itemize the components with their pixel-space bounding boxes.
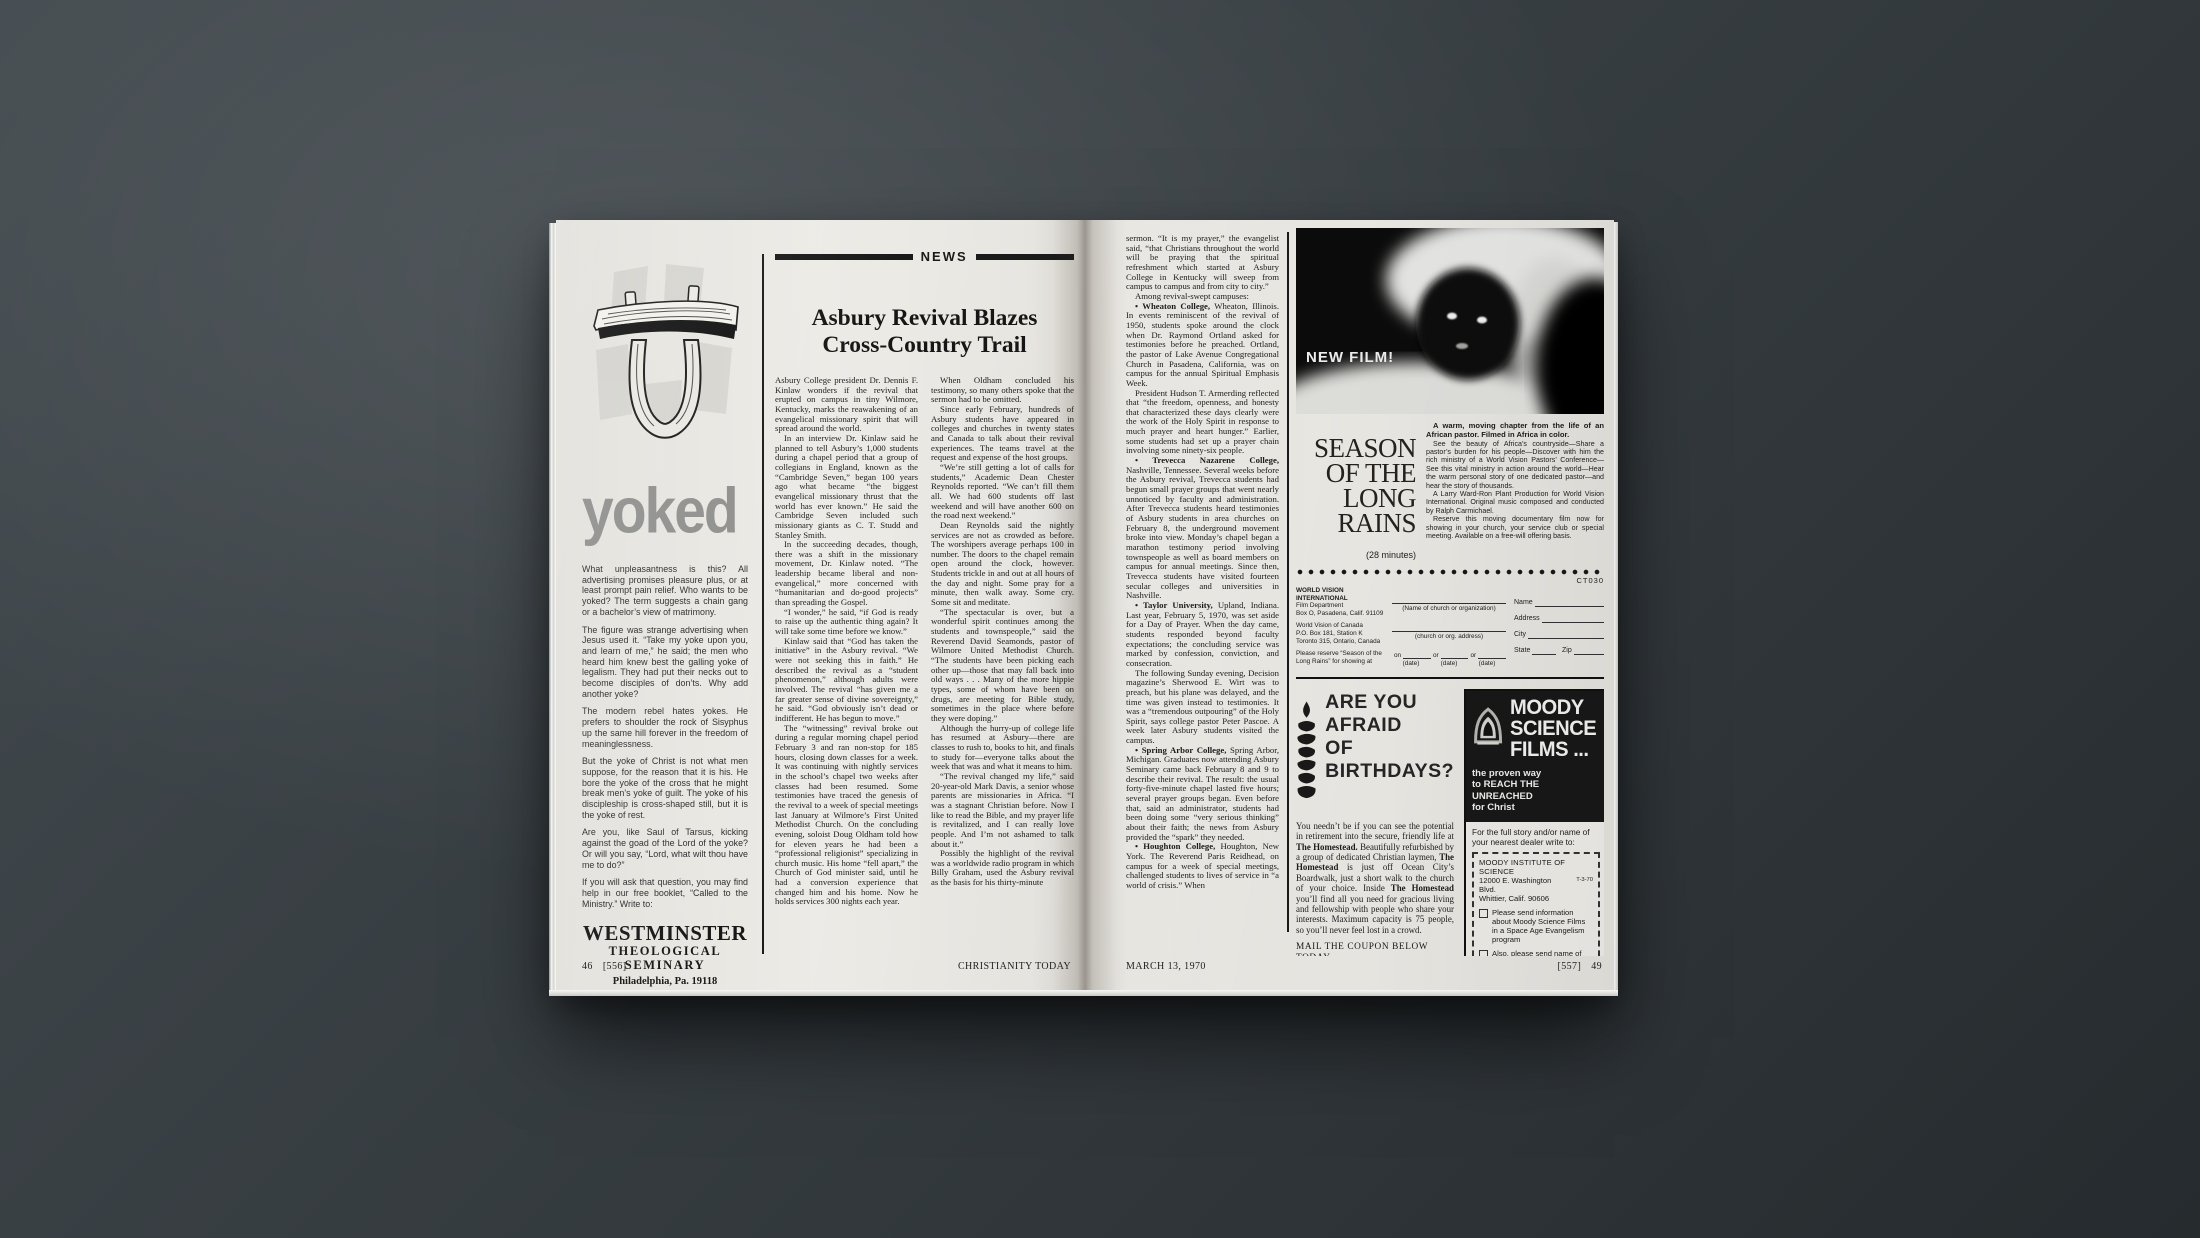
yoked-ad-paragraph: What unpleasantness is this? All adverti… [582,564,748,618]
film-info-checkbox-row: Please send information about Moody Scie… [1479,908,1593,944]
page-folio-code: [557] [1558,961,1582,972]
title-line: MOODY [1510,697,1596,718]
state-field: State [1514,646,1556,655]
heading-line: BIRTHDAYS? [1325,760,1454,783]
church-address-field [1392,621,1506,632]
date-caption: (date) [1468,660,1506,668]
ad-separator-rule [1296,677,1604,679]
coupon-org-name: MOODY INSTITUTE OF SCIENCE [1479,858,1593,876]
coupon-mailing-addresses: WORLD VISION INTERNATIONAL Film Departme… [1296,587,1384,668]
article-paragraph: • Trevecca Nazarene College, Nashville, … [1126,456,1279,601]
article-paragraph: Kinlaw said that “God has taken the init… [775,637,918,724]
moody-science-films-ad: MOODY SCIENCE FILMS ... the proven way t… [1464,689,1604,956]
birthday-candle-icon [1296,689,1317,813]
yoked-ad-paragraph: The modern rebel hates yokes. He prefers… [582,706,748,749]
or-label: or [1468,652,1478,660]
article-paragraph: “I wonder,” he said, “if God is ready to… [775,608,918,637]
article-column-1: Asbury College president Dr. Dennis F. K… [775,376,918,942]
date-caption: (date) [1430,660,1468,668]
right-page-folio: [557]49 [1558,961,1602,972]
campus-name-bold: • Spring Arbor College, [1135,745,1226,755]
film-ad-paragraph: A Larry Ward-Ron Plant Production for Wo… [1426,490,1604,515]
yoked-ad-paragraph: If you will ask that question, you may f… [582,877,748,909]
paragraph-text: sermon. “It is my prayer,” the evangelis… [1126,234,1279,291]
film-duration: (28 minutes) [1296,550,1416,560]
issue-date-foot: MARCH 13, 1970 [1126,961,1206,972]
header-bar [976,254,1074,260]
tagline-line: to REACH THE UNREACHED [1472,779,1600,802]
headline-line-1: Asbury Revival Blazes [775,305,1074,332]
heading-line: OF [1325,737,1454,760]
coupon-address-line: Whittier, Calif. 90606 [1479,894,1593,903]
page-number: 49 [1591,961,1602,972]
film-ad-lead: A warm, moving chapter from the life of … [1426,422,1604,440]
ad-key-code: T-3-70 [1576,876,1593,885]
heading-line: AFRAID [1325,714,1454,737]
address-field: Address [1514,614,1604,623]
zip-field: Zip [1562,646,1604,655]
running-foot-publication: CHRISTIANITY TODAY [958,961,1071,972]
tagline-line: the proven way [1472,768,1600,780]
article-paragraph: In an interview Dr. Kinlaw said he plann… [775,434,918,540]
paragraph-text: Wheaton, Illinois. In events reminiscent… [1126,301,1279,388]
or-label: or [1431,652,1441,660]
world-vision-ad-body: SEASON OF THE LONG RAINS (28 minutes) A … [1296,422,1604,560]
article-paragraph: sermon. “It is my prayer,” the evangelis… [1126,234,1279,292]
dealer-write-note: For the full story and/or name of your n… [1472,828,1600,848]
on-label: on [1392,652,1403,660]
right-page: sermon. “It is my prayer,” the evangelis… [1085,220,1614,990]
org-line: Film Department [1296,602,1384,610]
field-caption: (church or org. address) [1392,633,1506,641]
homestead-retirement-ad: ARE YOU AFRAID OF BIRTHDAYS? You needn’t… [1296,689,1454,956]
advertising-area: NEW FILM! SEASON OF THE LONG RAINS (28 m… [1296,228,1604,956]
paragraph-text: The following Sunday evening, Decision m… [1126,668,1279,746]
article-paragraph: In the succeeding decades, though, there… [775,540,918,608]
reserve-note: Please reserve “Season of the Long Rains… [1296,650,1384,665]
name-field: Name [1514,598,1604,607]
world-vision-coupon: WORLD VISION INTERNATIONAL Film Departme… [1296,587,1604,668]
article-paragraph: Dean Reynolds said the nightly services … [931,521,1074,608]
date-captions: (date) (date) (date) [1392,660,1506,668]
city-field: City [1514,630,1604,639]
header-bar [775,254,913,260]
campus-name-bold: • Taylor University, [1135,600,1213,610]
yoked-ad-paragraph: Are you, like Saul of Tarsus, kicking ag… [582,827,748,870]
tagline-line: for Christ [1472,802,1600,814]
magazine-spread: yoked What unpleasantness is this? All a… [556,220,1614,990]
page-folio-code: [556] [603,961,627,972]
yoked-ad-headline: yoked [582,482,748,540]
article-paragraph: Possibly the highlight of the revival wa… [931,849,1074,888]
heading-line: ARE YOU [1325,691,1454,714]
yoked-ad-paragraph: But the yoke of Christ is not what men s… [582,756,748,820]
article-paragraph: “The spectacular is over, but a wonderfu… [931,608,1074,724]
coupon-address-line: 12000 E. Washington Blvd.T-3-70 [1479,876,1593,894]
article-paragraph: When Oldham concluded his testimony, so … [931,376,1074,405]
headline-line-2: Cross-Country Trail [775,332,1074,359]
advertiser-name: WESTMINSTER [582,922,748,944]
film-ad-paragraph: Reserve this moving documentary film now… [1426,515,1604,540]
article-paragraph: • Taylor University, Upland, Indiana. La… [1126,601,1279,669]
page-number: 46 [582,961,593,972]
paragraph-text: Nashville, Tennessee. Several weeks befo… [1126,465,1279,601]
campus-name-bold: • Trevecca Nazarene College, [1135,455,1279,465]
yoked-ad-paragraph: The figure was strange advertising when … [582,625,748,700]
article-headline: Asbury Revival Blazes Cross-Country Trai… [775,305,1074,359]
african-child-photo: NEW FILM! [1296,228,1604,414]
article-paragraph: The “witnessing” revival broke out durin… [775,724,918,907]
campus-name-bold: • Wheaton College, [1135,301,1210,311]
checkbox [1479,950,1488,956]
column-divider-rule [762,254,764,954]
page-stack-edge [1614,222,1618,992]
org-line: Toronto 315, Ontario, Canada [1296,638,1384,646]
new-film-label: NEW FILM! [1306,350,1394,365]
article-columns: Asbury College president Dr. Dennis F. K… [775,376,1074,942]
date-field [1478,649,1506,659]
column-divider-rule [1287,232,1289,932]
westminster-seminary-ad: yoked What unpleasantness is this? All a… [582,258,748,990]
left-page-folio: 46[556] [582,961,626,972]
news-section-header: NEWS [775,250,1074,263]
news-section-label: NEWS [921,250,968,263]
film-title-line: LONG RAINS [1296,486,1416,536]
field-caption: (Name of church or organization) [1392,605,1506,613]
checkbox [1479,909,1488,918]
showing-dates-row: on or or [1392,649,1506,659]
article-paragraph: • Wheaton College, Wheaton, Illinois. In… [1126,302,1279,389]
article-paragraph: “We’re still getting a lot of calls for … [931,463,1074,521]
coupon-cut-line [1296,569,1604,575]
moody-tagline: the proven way to REACH THE UNREACHED fo… [1472,768,1600,814]
title-line: SCIENCE [1510,718,1596,739]
church-name-field [1392,593,1506,604]
campus-name-bold: • Houghton College, [1135,841,1215,851]
film-ad-paragraph: See the beauty of Africa’s countryside—S… [1426,440,1604,490]
org-line: P.O. Box 181, Station K [1296,630,1384,638]
paragraph-text: President Hudson T. Armerding reflected … [1126,388,1279,456]
ad-key-code: CT030 [1296,576,1604,585]
mail-coupon-line: MAIL THE COUPON BELOW TODAY [1296,942,1454,956]
org-line: Box O, Pasadena, Calif. 91109 [1296,610,1384,618]
dealer-name-checkbox-row: Also, please send name of my nearest fil… [1479,949,1593,956]
moody-coupon: MOODY INSTITUTE OF SCIENCE 12000 E. Wash… [1472,852,1600,956]
article-paragraph: • Houghton College, Houghton, New York. … [1126,842,1279,890]
article-column-3: sermon. “It is my prayer,” the evangelis… [1126,234,1279,934]
article-paragraph: The following Sunday evening, Decision m… [1126,669,1279,746]
homestead-ad-heading: ARE YOU AFRAID OF BIRTHDAYS? [1325,691,1454,813]
article-paragraph: “The revival changed my life,” said 20-y… [931,772,1074,849]
article-column-2: When Oldham concluded his testimony, so … [931,376,1074,942]
paragraph-text: Upland, Indiana. Last year, February 5, … [1126,600,1279,668]
date-field [1441,649,1469,659]
homestead-ad-body: You needn’t be if you can see the potent… [1296,821,1454,935]
coupon-church-fields: (Name of church or organization) (church… [1392,587,1506,668]
moody-arch-logo-icon [1472,697,1504,757]
article-paragraph: • Spring Arbor College, Spring Arbor, Mi… [1126,746,1279,843]
advertiser-address: Philadelphia, Pa. 19118 [582,976,748,988]
world-vision-film-ad: NEW FILM! SEASON OF THE LONG RAINS (28 m… [1296,228,1604,679]
org-line: WORLD VISION INTERNATIONAL [1296,587,1384,602]
paragraph-text: Among revival-swept campuses: [1135,291,1249,301]
wooden-yoke-illustration [586,264,744,446]
article-paragraph: Since early February, hundreds of Asbury… [931,405,1074,463]
date-field [1403,649,1431,659]
title-line: FILMS ... [1510,739,1596,760]
paragraph-text: Spring Arbor, Michigan. Graduates now at… [1126,745,1279,842]
article-paragraph: President Hudson T. Armerding reflected … [1126,389,1279,457]
news-article: NEWS Asbury Revival Blazes Cross-Country… [775,250,1074,942]
film-title: SEASON OF THE LONG RAINS [1296,436,1416,536]
article-paragraph: Although the hurry-up of college life ha… [931,724,1074,772]
left-page: yoked What unpleasantness is this? All a… [556,220,1085,990]
coupon-contact-fields: Name Address City State Zip [1514,587,1604,668]
article-paragraph: Asbury College president Dr. Dennis F. K… [775,376,918,434]
org-line: World Vision of Canada [1296,622,1384,630]
date-caption: (date) [1392,660,1430,668]
moody-ad-title: MOODY SCIENCE FILMS ... [1510,697,1596,760]
